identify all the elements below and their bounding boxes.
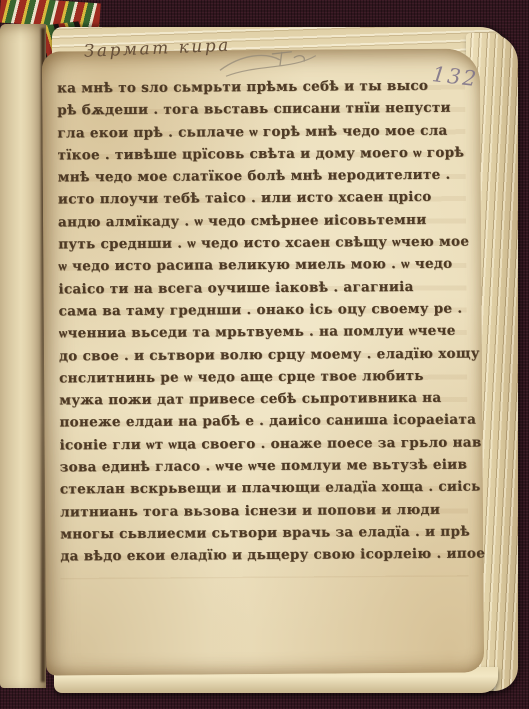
- manuscript-text-line: снслитнинь ре ѡ чедо аще срце твое любит…: [59, 364, 473, 389]
- manuscript-text-line: зова единѣ гласо . ѡче ѡче помлуи ме вьт…: [60, 454, 474, 479]
- manuscript-text-line: рѣ бѫдеши . тога вьставь списани тнїи не…: [57, 97, 471, 122]
- manuscript-text-line: путь среднши . ѡ чедо исто хсаен свѣщу ѡ…: [58, 231, 472, 256]
- manuscript-photo: Зармат кира 132 ка мнѣ то ѕло сьмрьти пр…: [0, 0, 529, 709]
- manuscript-text-line: многы сьвлиесми сьтвори врачь за еладїа …: [60, 520, 474, 545]
- manuscript-text-line: ісаісо ти на всега оучише іаковѣ . агагн…: [58, 275, 472, 300]
- facing-page-edge: [0, 24, 46, 688]
- manuscript-text-line: сама ва таму греднши . онако ісь оцу сво…: [59, 298, 473, 323]
- manuscript-text-line: мнѣ чедо мое слатїкое болѣ мнѣ неродител…: [58, 164, 472, 189]
- manuscript-text-line: ѡченниа вьседи та мрьтвуемь . на помлуи …: [59, 320, 473, 345]
- manuscript-text-line: ісоніе гли ѡт ѡца своего . онаже поесе з…: [59, 431, 473, 456]
- manuscript-text-line: понеже елдаи на рабѣ е . даиісо саниша і…: [59, 409, 473, 434]
- manuscript-text-line: да вѣдо екои еладїю и дьщеру свою ісорле…: [60, 543, 474, 568]
- manuscript-text-line: ка мнѣ то ѕло сьмрьти прѣмь себѣ и ты вы…: [57, 75, 471, 100]
- manuscript-text-line: исто плоучи тебѣ таісо . или исто хсаен …: [58, 186, 472, 211]
- manuscript-text-line: андю алмїкаду . ѡ чедо смѣрнее иісовьтем…: [58, 208, 472, 233]
- manuscript-text-line: гла екои прѣ . сьплаче ѡ горѣ мнѣ чедо м…: [57, 119, 471, 144]
- manuscript-text-line: тїкое . тивѣше црїсовь свѣта и дому моег…: [57, 141, 471, 166]
- manuscript-text-line: мужа пожи дат привесе себѣ сьпротивника …: [59, 387, 473, 412]
- manuscript-text-line: стеклан вскрьвещи и плачющи еладїа хоща …: [60, 476, 474, 501]
- manuscript-text-line: ѡ чедо исто расипа великую миель мою . ѡ…: [58, 253, 472, 278]
- manuscript-text-block: ка мнѣ то ѕло сьмрьти прѣмь себѣ и ты вы…: [57, 75, 474, 568]
- manuscript-text-line: литниань тога вьзова існези и попови и л…: [60, 498, 474, 523]
- manuscript-page: Зармат кира 132 ка мнѣ то ѕло сьмрьти пр…: [42, 48, 484, 675]
- manuscript-text-line: до свое . и сьтвори волю срцу моему . ел…: [59, 342, 473, 367]
